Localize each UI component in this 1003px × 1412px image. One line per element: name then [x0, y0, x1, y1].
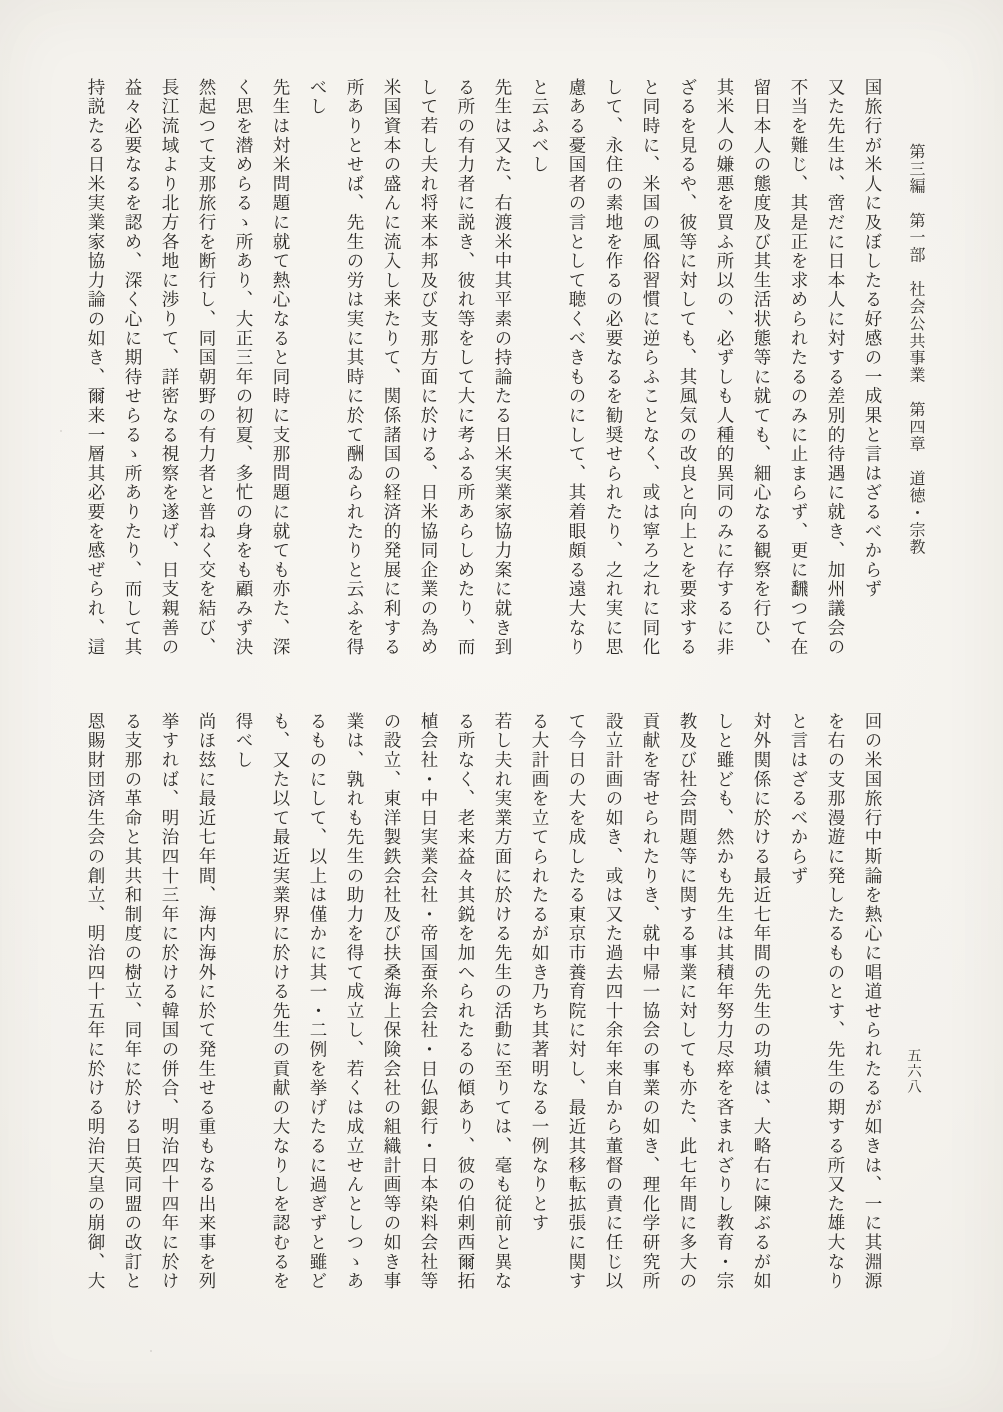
text-column: 長江流域より北方各地に渉りて、詳密なる視察を遂げ、日支親善の [150, 78, 187, 668]
text-column: 其米人の嫌悪を買ふ所以の、必ずしも人種的異同のみに存するに非 [705, 78, 742, 668]
text-column: る所の有力者に説き、彼れ等をして大に考ふる所あらしめたり、而 [446, 78, 483, 668]
text-column: 慮ある憂国者の言として聴くべきものにして、其着眼頗る遠大なり [557, 78, 594, 668]
text-column: して、永住の素地を作るの必要なるを勧奨せられたり、之れ実に思 [594, 78, 631, 668]
scan-speck [150, 1350, 152, 1352]
text-column: 尚ほ玆に最近七年間、海内海外に於て発生せる重もなる出来事を列 [187, 712, 224, 1302]
text-column: 対外関係に於ける最近七年間の先生の功績は、大略右に陳ぶるが如 [742, 712, 779, 1302]
text-column: る所なく、老来益々其鋭を加へられたるの傾あり、彼の伯剌西爾拓 [446, 712, 483, 1302]
text-column: しと雖ども、然かも先生は其積年努力尽瘁を吝まれざりし教育・宗 [705, 712, 742, 1302]
text-block-upper: 国旅行が米人に及ぼしたる好感の一成果と言はざるべからず又た先生は、啻だに日本人に… [76, 78, 890, 668]
text-column: く思を潜めらるゝ所あり、大正三年の初夏、多忙の身をも顧みず決 [224, 78, 261, 668]
text-column: べし [298, 78, 335, 668]
text-column: ざるを見るや、彼等に対しても、其風気の改良と向上とを要求する [668, 78, 705, 668]
text-column: して若し夫れ将来本邦及び支那方面に於ける、日米協同企業の為め [409, 78, 446, 668]
text-column: 設立計画の如き、或は又た過去四十余年来自から董督の責に任じ以 [594, 712, 631, 1302]
page-number: 五六八 [903, 1048, 924, 1095]
text-column: 持説たる日米実業家協力論の如き、爾来一層其必要を感ぜられ、這 [76, 78, 113, 668]
text-column: と同時に、米国の風俗習慣に逆らふことなく、或は寧ろ之れに同化 [631, 78, 668, 668]
text-column: 若し夫れ実業方面に於ける先生の活動に至りては、毫も従前と異な [483, 712, 520, 1302]
text-column: 恩賜財団済生会の創立、明治四十五年に於ける明治天皇の崩御、大 [76, 712, 113, 1302]
text-column: 先生は対米問題に就て熱心なると同時に支那問題に就ても亦た、深 [261, 78, 298, 668]
book-page: 第三編 第一部 社会公共事業 第四章 道徳・宗教 国旅行が米人に及ぼしたる好感の… [0, 0, 1003, 1412]
text-column: 教及び社会問題等に関する事業に対しても亦た、此七年間に多大の [668, 712, 705, 1302]
scan-speck [922, 300, 925, 303]
text-column: 先生は又た、右渡米中其平素の持論たる日米実業家協力案に就き到 [483, 78, 520, 668]
scan-speck [60, 430, 62, 432]
text-column: 業は、孰れも先生の助力を得て成立し、若くは成立せんとしつゝあ [335, 712, 372, 1302]
text-block-lower: 回の米国旅行中斯論を熱心に唱道せられたるが如きは、一に其淵源を右の支那漫遊に発し… [76, 712, 890, 1302]
text-column: も、又た以て最近実業界に於ける先生の貢献の大なりしを認むるを [261, 712, 298, 1302]
text-column: 米国資本の盛んに流入し来たりて、関係諸国の経済的発展に利する [372, 78, 409, 668]
text-column: 挙すれば、明治四十三年に於ける韓国の併合、明治四十四年に於け [150, 712, 187, 1302]
text-column: るものにして、以上は僅かに其一・二例を挙げたるに過ぎずと雖ど [298, 712, 335, 1302]
text-column: の設立、東洋製鉄会社及び扶桑海上保険会社の組織計画等の如き事 [372, 712, 409, 1302]
text-column: 得べし [224, 712, 261, 1302]
text-column: 回の米国旅行中斯論を熱心に唱道せられたるが如きは、一に其淵源 [853, 712, 890, 1302]
text-column: 植会社・中日実業会社・帝国蚕糸会社・日仏銀行・日本染料会社等 [409, 712, 446, 1302]
text-column: 然起つて支那旅行を断行し、同国朝野の有力者と普ねく交を結び、 [187, 78, 224, 668]
text-column: 所ありとせば、先生の労は実に其時に於て酬ゐられたりと云ふを得 [335, 78, 372, 668]
text-column: 益々必要なるを認め、深く心に期待せらるゝ所ありたり、而して其 [113, 78, 150, 668]
text-column: る大計画を立てられたるが如き乃ち其著明なる一例なりとす [520, 712, 557, 1302]
text-column: 留日本人の態度及び其生活状態等に就ても、細心なる観察を行ひ、 [742, 78, 779, 668]
text-column: 国旅行が米人に及ぼしたる好感の一成果と言はざるべからず [853, 78, 890, 668]
text-column: る支那の革命と其共和制度の樹立、同年に於ける日英同盟の改訂と [113, 712, 150, 1302]
chapter-header: 第三編 第一部 社会公共事業 第四章 道徳・宗教 [905, 143, 928, 556]
text-column: と言はざるべからず [779, 712, 816, 1302]
text-column: を右の支那漫遊に発したるものとす、先生の期する所又た雄大なり [816, 712, 853, 1302]
text-column: て今日の大を成したる東京市養育院に対し、最近其移転拡張に関す [557, 712, 594, 1302]
text-column: と云ふべし [520, 78, 557, 668]
text-column: 不当を難じ、其是正を求められたるのみに止まらず、更に飜つて在 [779, 78, 816, 668]
text-column: 貢献を寄せられたりき、就中帰一協会の事業の如き、理化学研究所 [631, 712, 668, 1302]
text-column: 又た先生は、啻だに日本人に対する差別的待遇に就き、加州議会の [816, 78, 853, 668]
